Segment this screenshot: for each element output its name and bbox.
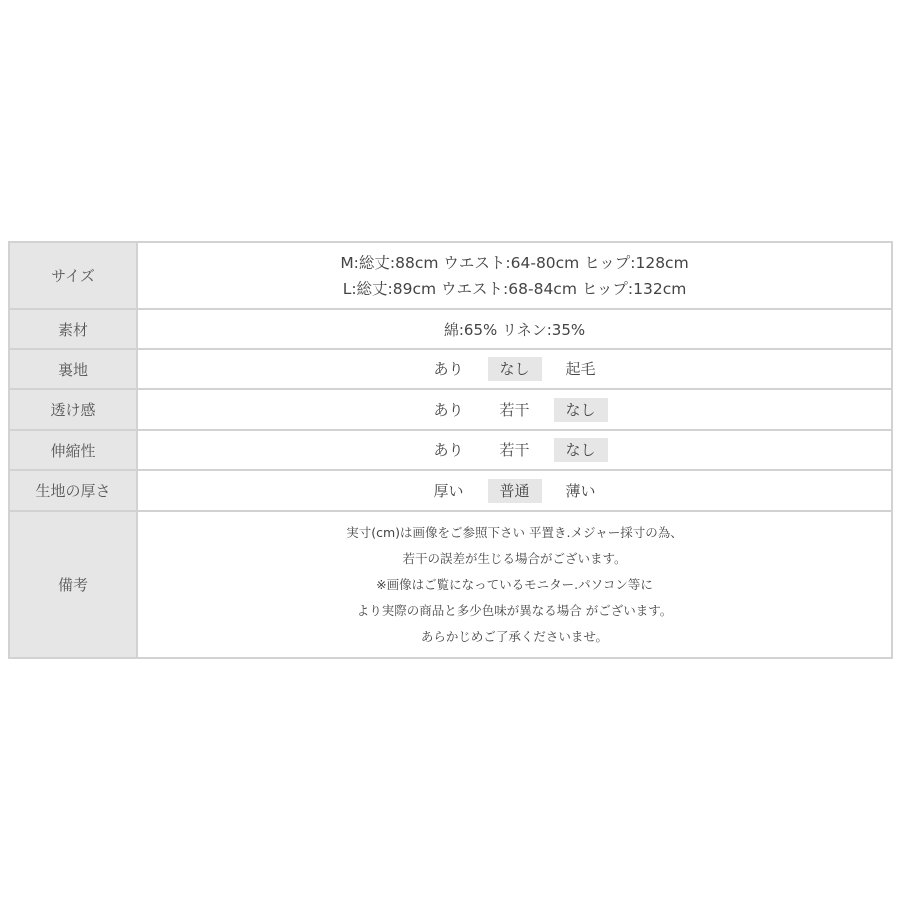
option-selected: なし <box>488 357 542 381</box>
options-sheerness: あり 若干 なし <box>416 398 614 422</box>
option: 薄い <box>548 479 614 503</box>
size-m: M:総丈:88cm ウエスト:64-80cm ヒップ:128cm <box>138 250 891 276</box>
row-sheerness: 透け感 あり 若干 なし <box>9 389 892 430</box>
note-line: あらかじめご了承くださいませ。 <box>138 624 891 650</box>
note-line: 若干の誤差が生じる場合がございます。 <box>138 546 891 572</box>
product-spec-table: サイズ M:総丈:88cm ウエスト:64-80cm ヒップ:128cm L:総… <box>8 241 893 659</box>
value-material: 綿:65% リネン:35% <box>137 309 892 349</box>
label-lining: 裏地 <box>9 349 137 389</box>
option-selected: なし <box>554 438 608 462</box>
label-stretch: 伸縮性 <box>9 430 137 470</box>
option: 起毛 <box>548 357 614 381</box>
value-size: M:総丈:88cm ウエスト:64-80cm ヒップ:128cm L:総丈:89… <box>137 242 892 309</box>
option-selected: 普通 <box>488 479 542 503</box>
size-l: L:総丈:89cm ウエスト:68-84cm ヒップ:132cm <box>138 276 891 302</box>
row-stretch: 伸縮性 あり 若干 なし <box>9 430 892 470</box>
option: あり <box>416 357 482 381</box>
row-lining: 裏地 あり なし 起毛 <box>9 349 892 389</box>
row-size: サイズ M:総丈:88cm ウエスト:64-80cm ヒップ:128cm L:総… <box>9 242 892 309</box>
label-sheerness: 透け感 <box>9 389 137 430</box>
note-line: より実際の商品と多少色味が異なる場合 がございます。 <box>138 598 891 624</box>
options-thickness: 厚い 普通 薄い <box>416 479 614 503</box>
options-stretch: あり 若干 なし <box>416 438 614 462</box>
row-material: 素材 綿:65% リネン:35% <box>9 309 892 349</box>
label-material: 素材 <box>9 309 137 349</box>
option: 若干 <box>482 438 548 462</box>
row-notes: 備考 実寸(cm)は画像をご参照下さい 平置き.メジャー採寸の為、 若干の誤差が… <box>9 511 892 658</box>
option: 若干 <box>482 398 548 422</box>
value-notes: 実寸(cm)は画像をご参照下さい 平置き.メジャー採寸の為、 若干の誤差が生じる… <box>137 511 892 658</box>
option: あり <box>416 438 482 462</box>
note-line: ※画像はご覧になっているモニター.パソコン等に <box>138 572 891 598</box>
label-notes: 備考 <box>9 511 137 658</box>
label-size: サイズ <box>9 242 137 309</box>
row-thickness: 生地の厚さ 厚い 普通 薄い <box>9 470 892 511</box>
option: 厚い <box>416 479 482 503</box>
label-thickness: 生地の厚さ <box>9 470 137 511</box>
note-line: 実寸(cm)は画像をご参照下さい 平置き.メジャー採寸の為、 <box>138 520 891 546</box>
option-selected: なし <box>554 398 608 422</box>
option: あり <box>416 398 482 422</box>
options-lining: あり なし 起毛 <box>416 357 614 381</box>
